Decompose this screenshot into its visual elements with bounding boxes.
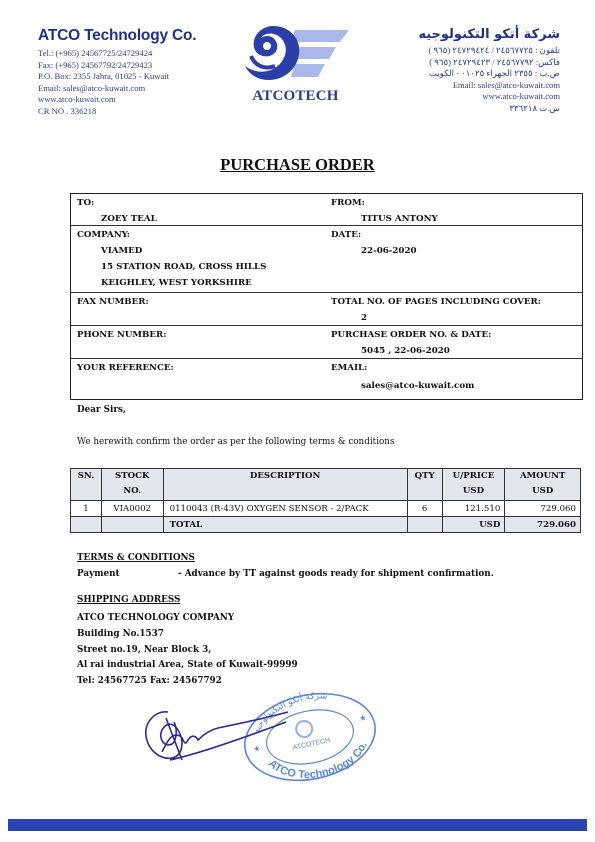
row-qty: 6 bbox=[407, 501, 442, 517]
shipping-address: ATCO TECHNOLOGY COMPANY Building No.1537… bbox=[77, 611, 298, 690]
po-label: PURCHASE ORDER NO. & DATE: bbox=[331, 327, 582, 343]
company-name-arabic: شركة أتكو التكنولوجيه bbox=[360, 27, 560, 42]
row-stock: VIA0002 bbox=[101, 501, 163, 517]
from-value: TITUS ANTONY bbox=[331, 211, 582, 227]
info-row-company-date: COMPANY: VIAMED 15 STATION ROAD, CROSS H… bbox=[71, 225, 582, 292]
fax-cell: FAX NUMBER: bbox=[71, 293, 326, 325]
shipping-line-company: ATCO TECHNOLOGY COMPANY bbox=[77, 611, 298, 627]
table-row: 1 VIA0002 0110043 (R-43V) OXYGEN SENSOR … bbox=[71, 501, 581, 517]
payment-label: Payment bbox=[77, 569, 120, 579]
greeting: Dear Sirs, bbox=[77, 405, 126, 415]
document-title: PURCHASE ORDER bbox=[0, 155, 595, 175]
intro-text: We herewith confirm the order as per the… bbox=[77, 437, 394, 447]
payment-terms: - Advance by TT against goods ready for … bbox=[178, 569, 494, 579]
total-row: TOTAL USD 729.060 bbox=[71, 517, 581, 533]
row-description: 0110043 (R-43V) OXYGEN SENSOR - 2/PACK bbox=[163, 501, 407, 517]
from-cell: FROM: TITUS ANTONY bbox=[326, 194, 582, 225]
company-cr-number: CR NO . 336218 bbox=[38, 106, 238, 118]
company-phone-arabic: تلفون : ٢٤٥٦٧٧٢٥ / ٢٤٧٢٩٤٢٤ (٩٦٥ ) bbox=[360, 45, 560, 57]
company-email: Email: sales@atco-kuwait.com bbox=[38, 83, 238, 95]
company-label: COMPANY: bbox=[77, 227, 326, 243]
po-value: 5045 , 22-06-2020 bbox=[331, 343, 582, 359]
info-row-fax-pages: FAX NUMBER: TOTAL NO. OF PAGES INCLUDING… bbox=[71, 292, 582, 325]
reference-cell: YOUR REFERENCE: bbox=[71, 359, 326, 399]
pages-label: TOTAL NO. OF PAGES INCLUDING COVER: bbox=[331, 294, 582, 310]
company-line-3: KEIGHLEY, WEST YORKSHIRE bbox=[77, 275, 326, 291]
col-description: DESCRIPTION bbox=[163, 469, 407, 501]
to-value: ZOEY TEAL bbox=[77, 211, 326, 227]
company-cr-arabic: س.ت ٣٣٦٢١٨ bbox=[360, 103, 560, 115]
atcotech-swirl-icon bbox=[243, 22, 348, 88]
pages-cell: TOTAL NO. OF PAGES INCLUDING COVER: 2 bbox=[326, 293, 582, 325]
col-stock: STOCKNO. bbox=[101, 469, 163, 501]
signature bbox=[138, 700, 298, 770]
pages-value: 2 bbox=[331, 310, 582, 326]
col-qty: QTY bbox=[407, 469, 442, 501]
order-info-table: TO: ZOEY TEAL FROM: TITUS ANTONY COMPANY… bbox=[70, 193, 583, 400]
info-row-phone-po: PHONE NUMBER: PURCHASE ORDER NO. & DATE:… bbox=[71, 325, 582, 358]
info-row-ref-email: YOUR REFERENCE: EMAIL: sales@atco-kuwait… bbox=[71, 358, 582, 399]
company-email-right: Email: sales@atco-kuwait.com bbox=[360, 80, 560, 92]
phone-cell: PHONE NUMBER: bbox=[71, 326, 326, 358]
row-sn: 1 bbox=[71, 501, 102, 517]
to-cell: TO: ZOEY TEAL bbox=[71, 194, 326, 225]
items-table: SN. STOCKNO. DESCRIPTION QTY U/PRICEUSD … bbox=[70, 468, 581, 533]
col-amount-line2: USD bbox=[532, 486, 553, 496]
company-line-1: VIAMED bbox=[77, 243, 326, 259]
company-website: www.atco-kuwait.com bbox=[38, 94, 238, 106]
email-cell: EMAIL: sales@atco-kuwait.com bbox=[326, 359, 582, 399]
letterhead-left: ATCO Technology Co. Tel.: (+965) 2456772… bbox=[38, 27, 238, 118]
company-line-2: 15 STATION ROAD, CROSS HILLS bbox=[77, 259, 326, 275]
total-label: TOTAL bbox=[163, 517, 407, 533]
signature-scribble-icon bbox=[138, 700, 298, 770]
svg-text:ATCOTECH: ATCOTECH bbox=[292, 737, 331, 752]
total-empty-3 bbox=[407, 517, 442, 533]
reference-label: YOUR REFERENCE: bbox=[77, 360, 326, 376]
total-currency: USD bbox=[442, 517, 505, 533]
fax-label: FAX NUMBER: bbox=[77, 294, 326, 310]
po-cell: PURCHASE ORDER NO. & DATE: 5045 , 22-06-… bbox=[326, 326, 582, 358]
shipping-line-area: Al rai industrial Area, State of Kuwait-… bbox=[77, 658, 298, 674]
company-cell: COMPANY: VIAMED 15 STATION ROAD, CROSS H… bbox=[71, 226, 326, 292]
svg-text:★: ★ bbox=[358, 713, 367, 723]
phone-label: PHONE NUMBER: bbox=[77, 327, 326, 343]
company-name: ATCO Technology Co. bbox=[38, 27, 238, 45]
to-label: TO: bbox=[77, 195, 326, 211]
company-fax-arabic: فاكس: ٢٤٥٦٧٧٩٢ / ٢٤٧٢٩٤٢٣ (٩٦٥ ) bbox=[360, 57, 560, 69]
email-value: sales@atco-kuwait.com bbox=[331, 376, 582, 394]
col-unit-price: U/PRICEUSD bbox=[442, 469, 505, 501]
total-empty-2 bbox=[101, 517, 163, 533]
footer-bar bbox=[8, 819, 587, 831]
company-fax: Fax: (+965) 24567792/24729423 bbox=[38, 60, 238, 72]
col-amount: AMOUNTUSD bbox=[505, 469, 581, 501]
total-amount: 729.060 bbox=[505, 517, 581, 533]
col-price-line2: USD bbox=[463, 486, 484, 496]
date-cell: DATE: 22-06-2020 bbox=[326, 226, 582, 292]
company-website-right: www.atco-kuwait.com bbox=[360, 91, 560, 103]
col-sn: SN. bbox=[71, 469, 102, 501]
shipping-line-building: Building No.1537 bbox=[77, 627, 298, 643]
company-logo: ATCOTECH bbox=[243, 22, 348, 112]
company-po-box: P.O. Box: 2355 Jahra, 01025 - Kuwait bbox=[38, 71, 238, 83]
company-phone: Tel.: (+965) 24567725/24729424 bbox=[38, 48, 238, 60]
row-amount: 729.060 bbox=[505, 501, 581, 517]
date-value: 22-06-2020 bbox=[331, 243, 582, 259]
company-po-box-arabic: ص.ب : ٢٣٥٥ الجهراء ٠١٠٢٥ - الكويت bbox=[360, 68, 560, 80]
email-label: EMAIL: bbox=[331, 360, 582, 376]
shipping-line-street: Street no.19, Near Block 3, bbox=[77, 643, 298, 659]
logo-wordmark: ATCOTECH bbox=[243, 88, 348, 105]
col-amount-line1: AMOUNT bbox=[520, 471, 565, 481]
col-stock-line2: NO. bbox=[123, 486, 141, 496]
col-price-line1: U/PRICE bbox=[453, 471, 495, 481]
date-label: DATE: bbox=[331, 227, 582, 243]
items-header-row: SN. STOCKNO. DESCRIPTION QTY U/PRICEUSD … bbox=[71, 469, 581, 501]
col-stock-line1: STOCK bbox=[115, 471, 149, 481]
from-label: FROM: bbox=[331, 195, 582, 211]
terms-heading: TERMS & CONDITIONS bbox=[77, 553, 195, 563]
info-row-to-from: TO: ZOEY TEAL FROM: TITUS ANTONY bbox=[71, 194, 582, 225]
row-unit-price: 121.510 bbox=[442, 501, 505, 517]
shipping-heading: SHIPPING ADDRESS bbox=[77, 595, 180, 605]
letterhead-right: شركة أتكو التكنولوجيه تلفون : ٢٤٥٦٧٧٢٥ /… bbox=[360, 27, 560, 115]
total-empty-1 bbox=[71, 517, 102, 533]
